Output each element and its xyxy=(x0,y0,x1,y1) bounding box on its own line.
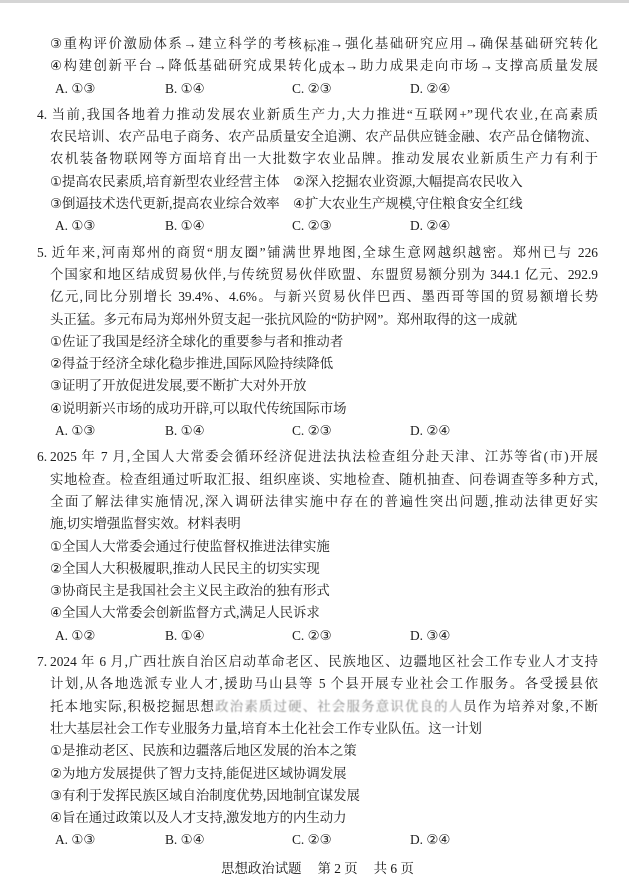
q6-number: 6. xyxy=(37,446,50,468)
q3-option-d: D. ②④ xyxy=(410,78,598,100)
question-4: 4.当前,我国各地着力推动发展农业新质生产力,大力推进“互联网+”现代农业,在高… xyxy=(37,104,598,238)
q5-item-4: ④说明新兴市场的成功开辟,可以取代传统国际市场 xyxy=(37,398,598,420)
q4-option-d: D. ②④ xyxy=(410,215,598,237)
q4-stem-line-1: 4.当前,我国各地着力推动发展农业新质生产力,大力推进“互联网+”现代农业,在高… xyxy=(37,104,598,126)
question-7: 7.2024 年 6 月,广西壮族自治区启动革命老区、民族地区、边疆地区社会工作… xyxy=(37,651,598,852)
q7-stem-text-1: 2024 年 6 月,广西壮族自治区启动革命老区、民族地区、边疆地区社会工作专业… xyxy=(50,654,598,669)
footer-page-number: 第 2 页 xyxy=(318,861,358,876)
footer-total-pages: 共 6 页 xyxy=(374,861,414,876)
q5-number: 5. xyxy=(37,242,50,264)
q7-stem-line-3-pre: 托本地实际,积极挖掘思想 xyxy=(50,699,215,714)
q4-options: A. ①③ B. ①④ C. ②③ D. ②④ xyxy=(37,215,598,237)
q3-options: A. ①③ B. ①④ C. ②③ D. ②④ xyxy=(37,78,598,100)
q4-item-2: ②深入挖掘农业资源,大幅提高农民收入 xyxy=(293,171,598,193)
exam-page-content: ③重构评价激励体系→建立科学的考核标准→强化基础研究应用→确保基础研究转化 ④构… xyxy=(0,3,629,880)
q7-option-b: B. ①④ xyxy=(165,829,292,851)
q6-options: A. ①② B. ①④ C. ②③ D. ③④ xyxy=(37,625,598,647)
question-5: 5.近年来,河南郑州的商贸“朋友圈”铺满世界地图,全球生意网越织越密。郑州已与 … xyxy=(37,242,598,443)
q6-option-a: A. ①② xyxy=(55,625,165,647)
q7-item-2: ②为地方发展提供了智力支持,能促进区域协调发展 xyxy=(37,763,598,785)
q7-item-4: ④旨在通过政策以及人才支持,激发地方的内生动力 xyxy=(37,807,598,829)
q6-stem-text-1: 2025 年 7 月,全国人大常委会循环经济促进法执法检查组分赴天津、江苏等省(… xyxy=(50,449,598,464)
q3-statement-4-pre: ④构建创新平台→降低基础研究成果转化 xyxy=(50,58,318,73)
q5-option-b: B. ①④ xyxy=(165,420,292,442)
q7-stem-line-3-faded-overprint: 政治素质过硬、社会服务意识优良的人 xyxy=(215,699,463,714)
q6-option-d: D. ③④ xyxy=(410,625,598,647)
q5-item-2: ②得益于经济全球化稳步推进,国际风险持续降低 xyxy=(37,353,598,375)
q5-option-d: D. ②④ xyxy=(410,420,598,442)
q6-stem-line-2: 实地检查。检查组通过听取汇报、组织座谈、实地检查、随机抽查、问卷调查等多种方式, xyxy=(37,469,598,491)
q5-stem-line-2: 个国家和地区结成贸易伙伴,与传统贸易伙伴欧盟、东盟贸易额分别为 344.1 亿元… xyxy=(37,264,598,286)
q7-option-d: D. ②④ xyxy=(410,829,598,851)
question-3-continued: ③重构评价激励体系→建立科学的考核标准→强化基础研究应用→确保基础研究转化 ④构… xyxy=(37,33,598,100)
q4-option-c: C. ②③ xyxy=(292,215,410,237)
q3-statement-4-post: →助力成果走向市场→支撑高质量发展 xyxy=(345,58,598,73)
q3-statement-3-post: →强化基础研究应用→确保基础研究转化 xyxy=(330,36,598,51)
q4-stem-line-3: 农机装备物联网等方面培育出一大批数字农业品牌。推动发展农业新质生产力有利于 xyxy=(37,148,598,170)
q4-item-3: ③倒逼技术迭代更新,提高农业综合效率 xyxy=(50,193,293,215)
q4-option-a: A. ①③ xyxy=(55,215,165,237)
q7-number: 7. xyxy=(37,651,50,673)
q4-stem-line-2: 农民培训、农产品电子商务、农产品质量安全追溯、农产品供应链金融、农产品仓储物流、 xyxy=(37,126,598,148)
q7-options: A. ①③ B. ①④ C. ②③ D. ②④ xyxy=(37,829,598,851)
q5-stem-line-4: 头正猛。多元布局为郑州外贸支起一张抗风险的“防护网”。郑州取得的这一成就 xyxy=(37,309,598,331)
q5-options: A. ①③ B. ①④ C. ②③ D. ②④ xyxy=(37,420,598,442)
q6-item-4: ④全国人大常委会创新监督方式,满足人民诉求 xyxy=(37,602,598,624)
page-footer: 思想政治试题第 2 页共 6 页 xyxy=(37,858,598,880)
q4-items-row-1: ①提高农民素质,培育新型农业经营主体 ②深入挖掘农业资源,大幅提高农民收入 xyxy=(37,171,598,193)
q5-stem-line-3: 亿元,同比分别增长 39.4%、4.6%。与新兴贸易伙伴巴西、墨西哥等国的贸易额… xyxy=(37,286,598,308)
q3-statement-3-drop: 标准 xyxy=(303,36,330,58)
q4-stem-text-1: 当前,我国各地着力推动发展农业新质生产力,大力推进“互联网+”现代农业,在高素质 xyxy=(50,107,598,122)
q6-item-1: ①全国人大常委会通过行使监督权推进法律实施 xyxy=(37,536,598,558)
q3-statement-4: ④构建创新平台→降低基础研究成果转化成本→助力成果走向市场→支撑高质量发展 xyxy=(37,55,598,77)
q7-stem-line-3: 托本地实际,积极挖掘思想政治素质过硬、社会服务意识优良的人员作为培养对象,不断 xyxy=(37,696,598,718)
q5-option-a: A. ①③ xyxy=(55,420,165,442)
q6-stem-line-4: 施,切实增强监督实效。材料表明 xyxy=(37,513,598,535)
q3-statement-3: ③重构评价激励体系→建立科学的考核标准→强化基础研究应用→确保基础研究转化 xyxy=(37,33,598,55)
q5-stem-text-1: 近年来,河南郑州的商贸“朋友圈”铺满世界地图,全球生意网越织越密。郑州已与 22… xyxy=(50,245,598,260)
q7-option-a: A. ①③ xyxy=(55,829,165,851)
q5-item-1: ①佐证了我国是经济全球化的重要参与者和推动者 xyxy=(37,331,598,353)
q5-stem-line-1: 5.近年来,河南郑州的商贸“朋友圈”铺满世界地图,全球生意网越织越密。郑州已与 … xyxy=(37,242,598,264)
q6-option-b: B. ①④ xyxy=(165,625,292,647)
q7-stem-line-3-post: 员作为培养对象,不断 xyxy=(463,699,598,714)
q4-number: 4. xyxy=(37,104,50,126)
footer-doc-title: 思想政治试题 xyxy=(221,861,301,876)
q6-item-2: ②全国人大积极履职,推动人民民主的切实实现 xyxy=(37,558,598,580)
q5-item-3: ③证明了开放促进发展,要不断扩大对外开放 xyxy=(37,375,598,397)
q3-option-a: A. ①③ xyxy=(55,78,165,100)
q4-item-1: ①提高农民素质,培育新型农业经营主体 xyxy=(50,171,293,193)
q3-option-b: B. ①④ xyxy=(165,78,292,100)
question-6: 6.2025 年 7 月,全国人大常委会循环经济促进法执法检查组分赴天津、江苏等… xyxy=(37,446,598,647)
q4-item-4: ④扩大农业生产规模,守住粮食安全红线 xyxy=(293,193,598,215)
q6-option-c: C. ②③ xyxy=(292,625,410,647)
q7-stem-line-1: 7.2024 年 6 月,广西壮族自治区启动革命老区、民族地区、边疆地区社会工作… xyxy=(37,651,598,673)
q4-items-row-2: ③倒逼技术迭代更新,提高农业综合效率 ④扩大农业生产规模,守住粮食安全红线 xyxy=(37,193,598,215)
q7-item-3: ③有利于发挥民族区域自治制度优势,因地制宜谋发展 xyxy=(37,785,598,807)
q7-option-c: C. ②③ xyxy=(292,829,410,851)
q7-item-1: ①是推动老区、民族和边疆落后地区发展的治本之策 xyxy=(37,740,598,762)
q3-statement-3-pre: ③重构评价激励体系→建立科学的考核 xyxy=(50,36,303,51)
q6-stem-line-3: 全面了解法律实施情况,深入调研法律实施中存在的普遍性突出问题,推动法律更好实 xyxy=(37,491,598,513)
q6-stem-line-1: 6.2025 年 7 月,全国人大常委会循环经济促进法执法检查组分赴天津、江苏等… xyxy=(37,446,598,468)
q6-item-3: ③协商民主是我国社会主义民主政治的独有形式 xyxy=(37,580,598,602)
q3-option-c: C. ②③ xyxy=(292,78,410,100)
q7-stem-line-4: 壮大基层社会工作专业服务力量,培育本土化社会工作专业队伍。这一计划 xyxy=(37,718,598,740)
q7-stem-line-2: 计划,从各地选派专业人才,援助马山县等 5 个县开展专业社会工作服务。各受援县依 xyxy=(37,673,598,695)
q5-option-c: C. ②③ xyxy=(292,420,410,442)
q3-statement-4-drop: 成本 xyxy=(318,58,345,80)
q4-option-b: B. ①④ xyxy=(165,215,292,237)
